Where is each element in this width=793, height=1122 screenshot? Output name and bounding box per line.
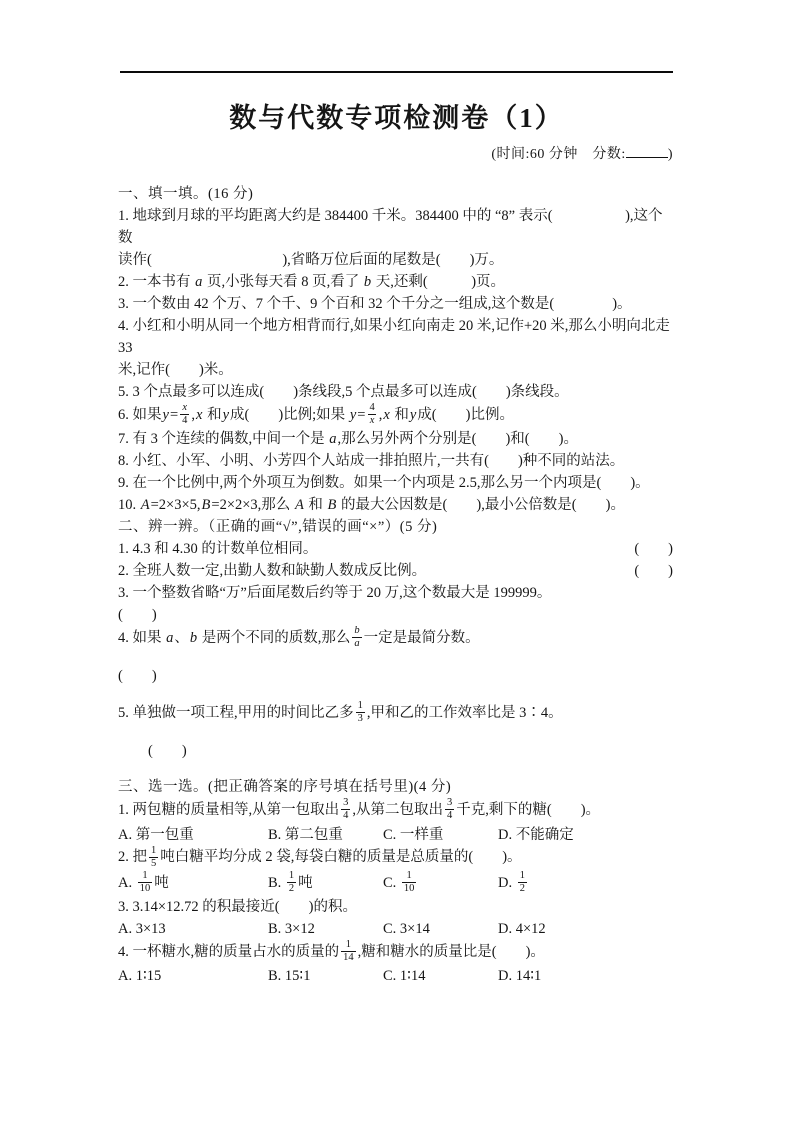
fraction: x4 <box>180 402 189 427</box>
math-variable: a <box>165 630 174 646</box>
text-run: 4. 小红和小明从同一个地方相背而行,如果小红向南走 20 米,记作+20 米,… <box>118 318 670 356</box>
line-spacer <box>118 726 673 740</box>
text-run: A. 第一包重 <box>118 827 194 843</box>
score-blank <box>626 144 668 158</box>
math-variable: y <box>222 407 230 423</box>
line-spacer <box>118 687 673 701</box>
options-row: A. 110吨B. 12吨C. 110D. 12 <box>118 871 673 896</box>
numerator: 1 <box>287 870 296 882</box>
line-text: 6. 如果y=x4,x 和y成( )比例;如果 y=4x,x 和y成( )比例。 <box>118 407 514 423</box>
fraction: 13 <box>356 700 365 725</box>
math-variable: y <box>162 407 170 423</box>
meta-close-paren: ) <box>668 147 673 162</box>
fraction: 15 <box>149 845 158 870</box>
numerator: b <box>352 625 361 637</box>
text-run: C. <box>383 875 400 891</box>
text-run: 7. 有 3 个连续的偶数,中间一个是 <box>118 431 328 447</box>
section: 一、填一填。(16 分)1. 地球到月球的平均距离大约是 384400 千米。3… <box>118 183 673 516</box>
text-run: 1. 4.3 和 4.30 的计数单位相同。 <box>118 541 317 557</box>
denominator: 14 <box>341 951 356 964</box>
numerator: 1 <box>140 870 149 882</box>
option: D. 14∶1 <box>498 965 673 987</box>
section-heading: 三、选一选。(把正确答案的序号填在括号里)(4 分) <box>118 776 673 798</box>
option: D. 4×12 <box>498 918 673 940</box>
text-run: 3. 3.14×12.72 的积最接近( )的积。 <box>118 899 357 915</box>
fraction: 12 <box>287 870 296 895</box>
denominator: 5 <box>149 857 158 870</box>
text-run: 8. 小红、小军、小明、小芳四个人站成一排拍照片,一共有( )种不同的站法。 <box>118 453 624 469</box>
option: D. 12 <box>498 871 673 896</box>
option: C. 一样重 <box>383 824 498 846</box>
line-text: 1. 4.3 和 4.30 的计数单位相同。 <box>118 538 317 560</box>
options-row: A. 1∶15B. 15∶1C. 1∶14D. 14∶1 <box>118 965 673 987</box>
line-text: 2. 把15吨白糖平均分成 2 袋,每袋白糖的质量是总质量的( )。 <box>118 849 522 865</box>
line-spacer <box>118 762 673 776</box>
question-line: 2. 把15吨白糖平均分成 2 袋,每袋白糖的质量是总质量的( )。 <box>118 846 673 871</box>
question-line: 5. 单独做一项工程,甲用的时间比乙多13,甲和乙的工作效率比是 3∶4。 <box>118 701 673 726</box>
question-line: ( ) <box>118 604 673 626</box>
options-row: A. 3×13B. 3×12C. 3×14D. 4×12 <box>118 918 673 940</box>
denominator: 4 <box>180 414 189 427</box>
section-heading: 一、填一填。(16 分) <box>118 183 673 205</box>
text-run: 4. 如果 <box>118 630 165 646</box>
text-run: 吨白糖平均分成 2 袋,每袋白糖的质量是总质量的( )。 <box>160 849 521 865</box>
question-line: 8. 小红、小军、小明、小芳四个人站成一排拍照片,一共有( )种不同的站法。 <box>118 450 673 472</box>
text-run: 和 <box>203 407 221 423</box>
answer-parens: ( ) <box>634 560 673 582</box>
line-text: 3. 一个整数省略“万”后面尾数后约等于 20 万,这个数最大是 199999。 <box>118 585 551 601</box>
text-run: 是两个不同的质数,那么 <box>198 630 350 646</box>
line-text: 3. 一个数由 42 个万、7 个千、9 个百和 32 个千分之一组成,这个数是… <box>118 296 632 312</box>
text-run: D. 4×12 <box>498 921 546 937</box>
math-variable: y <box>349 407 357 423</box>
option: C. 110 <box>383 871 498 896</box>
text-run: 读作( ),省略万位后面的尾数是( )万。 <box>118 252 503 268</box>
denominator: 2 <box>518 882 527 895</box>
question-line: 1. 地球到月球的平均距离大约是 384400 千米。384400 中的 “8”… <box>118 205 673 249</box>
line-text: 7. 有 3 个连续的偶数,中间一个是 a,那么另外两个分别是( )和( )。 <box>118 431 578 447</box>
denominator: a <box>352 637 361 650</box>
text-run: ,从第二包取出 <box>352 802 443 818</box>
text-run: = <box>357 407 365 423</box>
question-line: 7. 有 3 个连续的偶数,中间一个是 a,那么另外两个分别是( )和( )。 <box>118 428 673 450</box>
line-text: ( ) <box>148 743 187 759</box>
text-run: B. 3×12 <box>268 921 315 937</box>
text-run: 页,小张每天看 8 页,看了 <box>203 274 363 290</box>
meta-text: (时间:60 分钟 分数: <box>491 147 625 162</box>
line-text: 米,记作( )米。 <box>118 362 233 378</box>
line-text: 5. 单独做一项工程,甲用的时间比乙多13,甲和乙的工作效率比是 3∶4。 <box>118 705 563 721</box>
fraction: 4x <box>367 402 376 427</box>
math-variable: a <box>194 274 203 290</box>
text-run: 3. 一个整数省略“万”后面尾数后约等于 20 万,这个数最大是 199999。 <box>118 585 551 601</box>
denominator: x <box>368 414 377 427</box>
line-text: 10. A=2×3×5,B=2×2×3,那么 A 和 B 的最大公因数是( ),… <box>118 497 625 513</box>
text-run: 3. 一个数由 42 个万、7 个千、9 个百和 32 个千分之一组成,这个数是… <box>118 296 632 312</box>
fraction: 34 <box>341 797 350 822</box>
denominator: 3 <box>356 712 365 725</box>
text-run: C. 1∶14 <box>383 968 425 984</box>
statement-line: 2. 全班人数一定,出勤人数和缺勤人数成反比例。( ) <box>118 560 673 582</box>
math-variable: b <box>363 274 372 290</box>
math-variable: a <box>328 431 337 447</box>
line-text: 5. 3 个点最多可以连成( )条线段,5 个点最多可以连成( )条线段。 <box>118 384 569 400</box>
options-row: A. 第一包重B. 第二包重C. 一样重D. 不能确定 <box>118 824 673 846</box>
numerator: 1 <box>405 870 414 882</box>
math-variable: x <box>382 407 390 423</box>
text-run: 、 <box>174 630 189 646</box>
line-text: ( ) <box>118 607 157 623</box>
numerator: 1 <box>518 870 527 882</box>
line-text: 4. 如果 a、b 是两个不同的质数,那么ba一定是最简分数。 <box>118 630 480 646</box>
section: 三、选一选。(把正确答案的序号填在括号里)(4 分)1. 两包糖的质量相等,从第… <box>118 776 673 987</box>
denominator: 2 <box>287 882 296 895</box>
text-run: 6. 如果 <box>118 407 162 423</box>
text-run: B. 第二包重 <box>268 827 343 843</box>
math-variable: b <box>189 630 198 646</box>
text-run: 10. <box>118 497 140 513</box>
numerator: 3 <box>341 797 350 809</box>
math-variable: B <box>327 497 338 513</box>
option: A. 第一包重 <box>118 824 268 846</box>
line-text: 8. 小红、小军、小明、小芳四个人站成一排拍照片,一共有( )种不同的站法。 <box>118 453 624 469</box>
numerator: 4 <box>367 402 376 414</box>
statement-line: 1. 4.3 和 4.30 的计数单位相同。( ) <box>118 538 673 560</box>
denominator: 4 <box>341 809 350 822</box>
text-run: 千克,剩下的糖( )。 <box>456 802 600 818</box>
text-run: B. 15∶1 <box>268 968 310 984</box>
text-run: 9. 在一个比例中,两个外项互为倒数。如果一个内项是 2.5,那么另一个内项是(… <box>118 475 650 491</box>
option: C. 1∶14 <box>383 965 498 987</box>
denominator: 10 <box>402 882 417 895</box>
option: A. 3×13 <box>118 918 268 940</box>
question-line: ( ) <box>118 740 673 762</box>
line-text: 4. 小红和小明从同一个地方相背而行,如果小红向南走 20 米,记作+20 米,… <box>118 318 670 356</box>
fraction: 114 <box>341 939 356 964</box>
option: B. 15∶1 <box>268 965 383 987</box>
math-variable: A <box>140 497 151 513</box>
text-run: D. 14∶1 <box>498 968 541 984</box>
question-line: 6. 如果y=x4,x 和y成( )比例;如果 y=4x,x 和y成( )比例。 <box>118 403 673 428</box>
section-heading: 二、辨一辨。（正确的画“√”,错误的画“×”）(5 分) <box>118 516 673 538</box>
text-run: 2. 全班人数一定,出勤人数和缺勤人数成反比例。 <box>118 563 426 579</box>
text-run: =2×3×5, <box>151 497 201 513</box>
text-run: 4. 一杯糖水,糖的质量占水的质量的 <box>118 944 339 960</box>
page-title: 数与代数专项检测卷（1） <box>0 0 793 135</box>
option: A. 110吨 <box>118 871 268 896</box>
text-run: 米,记作( )米。 <box>118 362 233 378</box>
numerator: 1 <box>344 939 353 951</box>
denominator: 10 <box>138 882 153 895</box>
fraction: 34 <box>445 797 454 822</box>
answer-parens: ( ) <box>634 538 673 560</box>
option: C. 3×14 <box>383 918 498 940</box>
question-line: 2. 一本书有 a 页,小张每天看 8 页,看了 b 天,还剩( )页。 <box>118 271 673 293</box>
text-run: 成( )比例。 <box>417 407 514 423</box>
text-run: 1. 地球到月球的平均距离大约是 384400 千米。384400 中的 “8”… <box>118 208 663 246</box>
option: B. 第二包重 <box>268 824 383 846</box>
text-run: ,糖和糖水的质量比是( )。 <box>358 944 545 960</box>
question-line: 10. A=2×3×5,B=2×2×3,那么 A 和 B 的最大公因数是( ),… <box>118 494 673 516</box>
line-text: 1. 两包糖的质量相等,从第一包取出34,从第二包取出34千克,剩下的糖( )。 <box>118 802 600 818</box>
meta-line: (时间:60 分钟 分数:) <box>118 143 673 163</box>
text-run: ( ) <box>118 607 157 623</box>
fraction: 110 <box>402 870 417 895</box>
question-line: 5. 3 个点最多可以连成( )条线段,5 个点最多可以连成( )条线段。 <box>118 381 673 403</box>
option: B. 3×12 <box>268 918 383 940</box>
text-run: 天,还剩( )页。 <box>372 274 505 290</box>
numerator: 3 <box>445 797 454 809</box>
fraction: 12 <box>518 870 527 895</box>
text-run: 2. 把 <box>118 849 147 865</box>
question-line: 3. 3.14×12.72 的积最接近( )的积。 <box>118 896 673 918</box>
document-content: 一、填一填。(16 分)1. 地球到月球的平均距离大约是 384400 千米。3… <box>118 183 673 987</box>
text-run: 和 <box>305 497 327 513</box>
line-spacer <box>118 651 673 665</box>
text-run: A. 1∶15 <box>118 968 161 984</box>
question-line: 米,记作( )米。 <box>118 359 673 381</box>
text-run: D. 不能确定 <box>498 827 574 843</box>
text-run: ,甲和乙的工作效率比是 3∶4。 <box>367 705 563 721</box>
question-line: 4. 如果 a、b 是两个不同的质数,那么ba一定是最简分数。 <box>118 626 673 651</box>
line-text: ( ) <box>118 668 157 684</box>
text-run: 5. 单独做一项工程,甲用的时间比乙多 <box>118 705 354 721</box>
fraction: 110 <box>138 870 153 895</box>
option: D. 不能确定 <box>498 824 673 846</box>
numerator: x <box>180 402 189 414</box>
text-run: = <box>170 407 178 423</box>
line-text: 2. 一本书有 a 页,小张每天看 8 页,看了 b 天,还剩( )页。 <box>118 274 505 290</box>
line-text: 读作( ),省略万位后面的尾数是( )万。 <box>118 252 503 268</box>
option: B. 12吨 <box>268 871 383 896</box>
text-run: 吨 <box>154 875 169 891</box>
numerator: 1 <box>149 845 158 857</box>
question-line: 4. 小红和小明从同一个地方相背而行,如果小红向南走 20 米,记作+20 米,… <box>118 315 673 359</box>
text-run: 一定是最简分数。 <box>364 630 480 646</box>
text-run: 1. 两包糖的质量相等,从第一包取出 <box>118 802 339 818</box>
test-paper-page: 数与代数专项检测卷（1） (时间:60 分钟 分数:) 一、填一填。(16 分)… <box>0 0 793 1122</box>
question-line: ( ) <box>118 665 673 687</box>
text-run: =2×2×3,那么 <box>211 497 294 513</box>
text-run: 吨 <box>298 875 313 891</box>
text-run: 2. 一本书有 <box>118 274 194 290</box>
numerator: 1 <box>356 700 365 712</box>
question-line: 4. 一杯糖水,糖的质量占水的质量的114,糖和糖水的质量比是( )。 <box>118 940 673 965</box>
text-run: B. <box>268 875 285 891</box>
denominator: 4 <box>445 809 454 822</box>
question-line: 1. 两包糖的质量相等,从第一包取出34,从第二包取出34千克,剩下的糖( )。 <box>118 798 673 823</box>
line-text: 9. 在一个比例中,两个外项互为倒数。如果一个内项是 2.5,那么另一个内项是(… <box>118 475 650 491</box>
top-rule <box>120 71 673 73</box>
text-run: 5. 3 个点最多可以连成( )条线段,5 个点最多可以连成( )条线段。 <box>118 384 569 400</box>
line-text: 3. 3.14×12.72 的积最接近( )的积。 <box>118 899 357 915</box>
text-run: D. <box>498 875 516 891</box>
line-text: 4. 一杯糖水,糖的质量占水的质量的114,糖和糖水的质量比是( )。 <box>118 944 545 960</box>
text-run: 的最大公因数是( ),最小公倍数是( )。 <box>337 497 625 513</box>
text-run: A. 3×13 <box>118 921 166 937</box>
text-run: 成( )比例;如果 <box>230 407 349 423</box>
math-variable: A <box>294 497 305 513</box>
line-text: 1. 地球到月球的平均距离大约是 384400 千米。384400 中的 “8”… <box>118 208 663 246</box>
text-run: ( ) <box>148 743 187 759</box>
text-run: 和 <box>391 407 409 423</box>
text-run: C. 一样重 <box>383 827 443 843</box>
text-run: ,那么另外两个分别是( )和( )。 <box>338 431 578 447</box>
text-run: ( ) <box>118 668 157 684</box>
question-line: 3. 一个整数省略“万”后面尾数后约等于 20 万,这个数最大是 199999。 <box>118 582 673 604</box>
question-line: 读作( ),省略万位后面的尾数是( )万。 <box>118 249 673 271</box>
option: A. 1∶15 <box>118 965 268 987</box>
question-line: 3. 一个数由 42 个万、7 个千、9 个百和 32 个千分之一组成,这个数是… <box>118 293 673 315</box>
fraction: ba <box>352 625 361 650</box>
text-run: C. 3×14 <box>383 921 430 937</box>
text-run: A. <box>118 875 136 891</box>
math-variable: B <box>201 497 212 513</box>
section: 二、辨一辨。（正确的画“√”,错误的画“×”）(5 分)1. 4.3 和 4.3… <box>118 516 673 776</box>
question-line: 9. 在一个比例中,两个外项互为倒数。如果一个内项是 2.5,那么另一个内项是(… <box>118 472 673 494</box>
line-text: 2. 全班人数一定,出勤人数和缺勤人数成反比例。 <box>118 560 426 582</box>
